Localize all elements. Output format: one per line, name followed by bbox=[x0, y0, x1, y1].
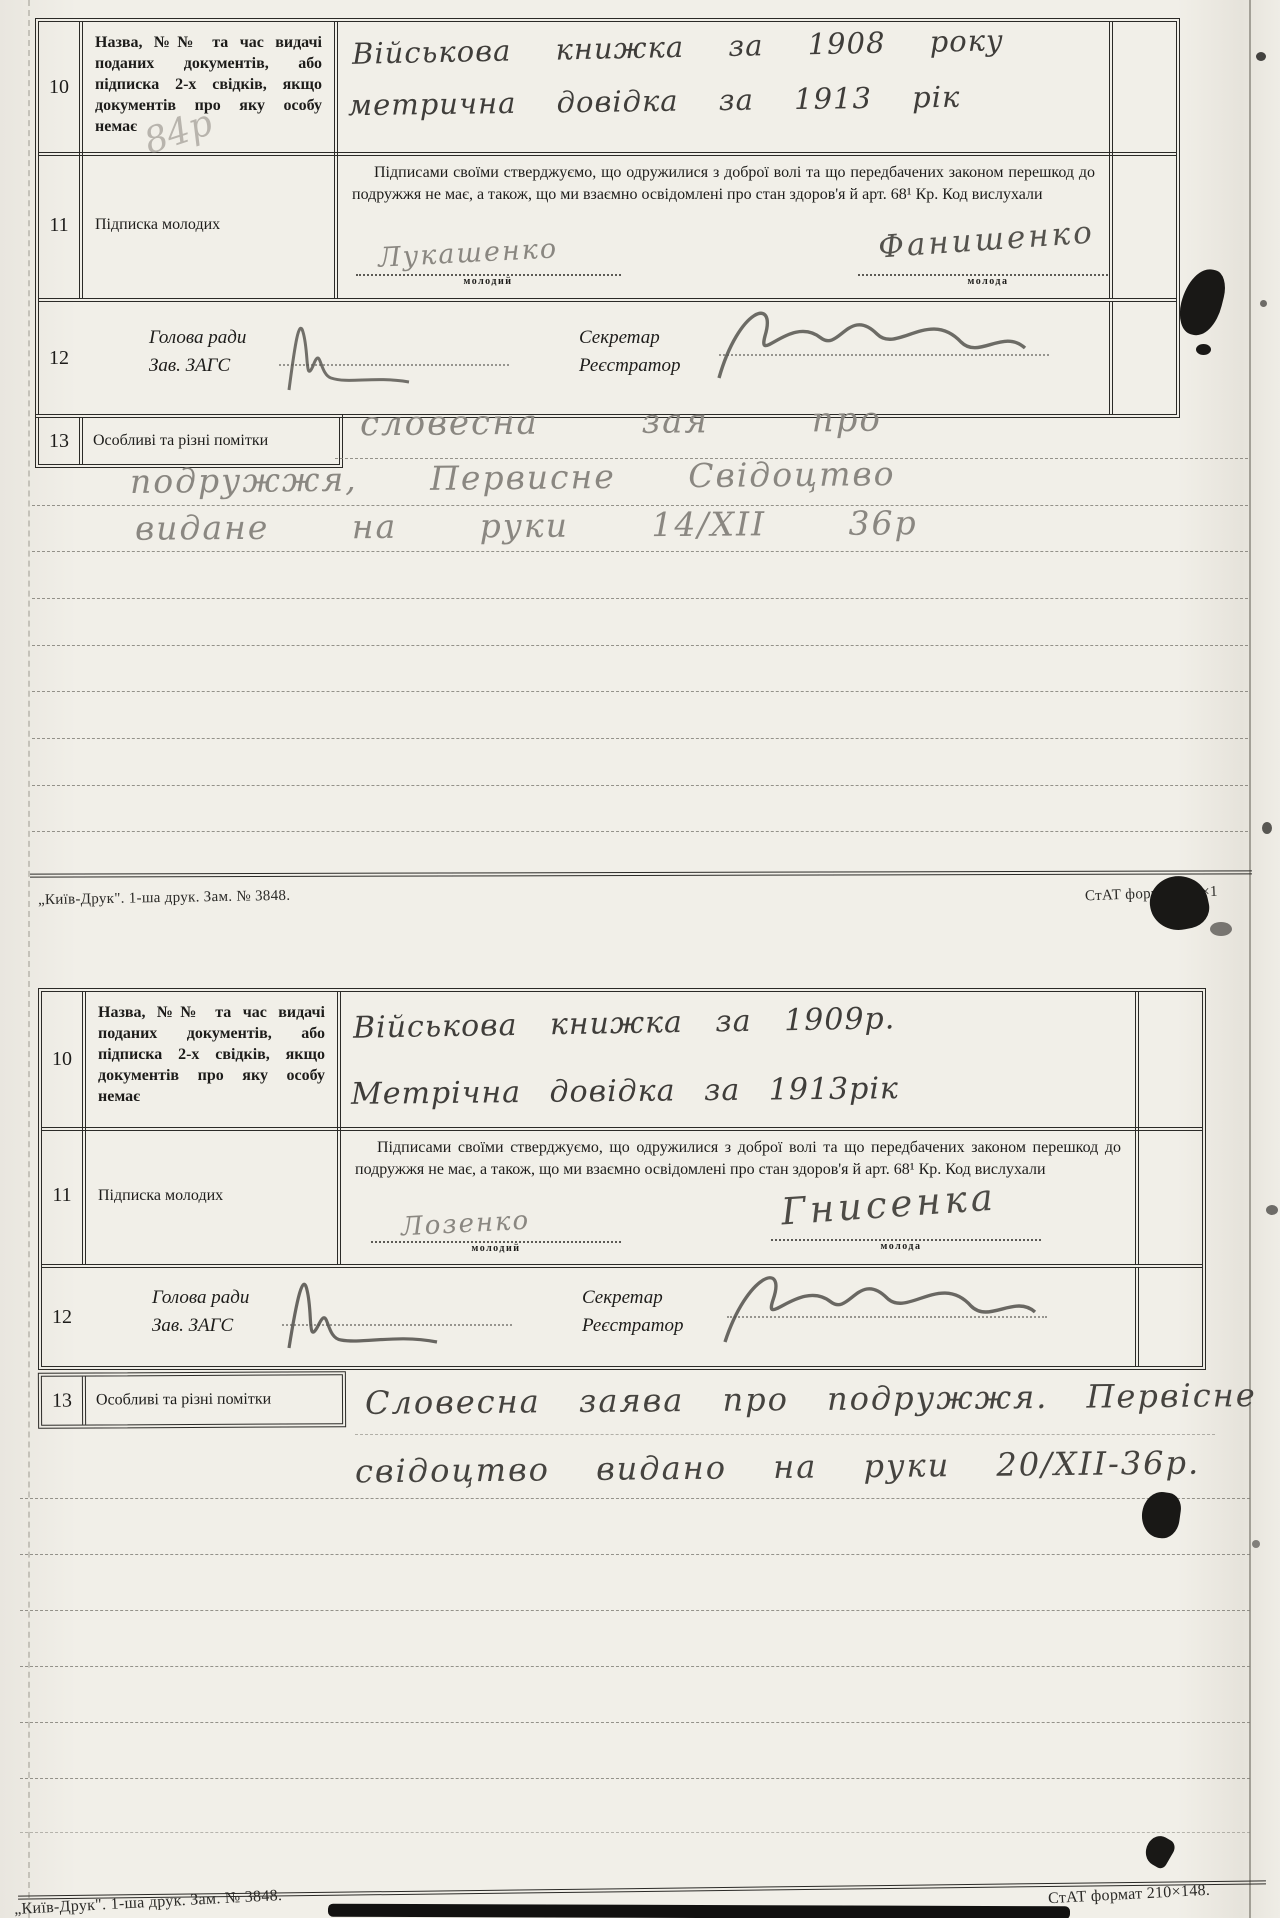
form2-head-role-line1: Голова ради bbox=[152, 1284, 249, 1312]
paper-speck bbox=[1262, 822, 1272, 834]
form1-row11-content-cell: Підписами своїми стверджуємо, що одружил… bbox=[338, 152, 1109, 298]
form2-groom-signature: Лозенко bbox=[400, 1206, 531, 1243]
form2-row11-number: 11 bbox=[42, 1127, 86, 1264]
form2-head-role-line2: Зав. ЗАГС bbox=[152, 1312, 249, 1340]
form1-row10-handwriting-line1: Військова книжка за 1908 року bbox=[352, 23, 1004, 71]
form2-head-signature-scribble bbox=[267, 1264, 547, 1364]
form1-row10-entry-cell: Військова книжка за 1908 року метрична д… bbox=[338, 22, 1109, 152]
ink-blot bbox=[1174, 264, 1229, 340]
form1-row-11: 11 Підписка молодих Підписами своїми ств… bbox=[39, 152, 1176, 302]
ruled-line bbox=[32, 738, 1248, 739]
form1-row13-number: 13 bbox=[39, 418, 83, 464]
form2-bride-signature: Гнисенка bbox=[780, 1176, 998, 1234]
ink-blot bbox=[1196, 344, 1211, 355]
ruled-line bbox=[32, 645, 1248, 646]
form1-head-signature-scribble bbox=[269, 304, 529, 404]
form1-head-role: Голова ради Зав. ЗАГС bbox=[149, 324, 246, 379]
form2-row12-number: 12 bbox=[42, 1268, 82, 1366]
form2-row10-handwriting-line2: Метрічна довідка за 1913рік bbox=[351, 1071, 899, 1112]
form1-footer-imprint: „Київ-Друк". 1-ша друк. Зам. № 3848. bbox=[38, 888, 291, 909]
form2-row13-handwriting-line2: свідоцтво видано на руки 20/XII-36р. bbox=[355, 1444, 1201, 1491]
paper-speck bbox=[1256, 52, 1266, 61]
ink-blot bbox=[1140, 1832, 1178, 1871]
form2-row10-handwriting-line1: Військова книжка за 1909р. bbox=[353, 1001, 896, 1045]
form2-oath-statement: Підписами своїми стверджуємо, що одружил… bbox=[341, 1127, 1135, 1181]
ink-blot bbox=[1145, 871, 1213, 936]
form2-groom-label: молодий bbox=[436, 1243, 556, 1254]
form1-row13-handwriting-line3: видане на руки 14/XII 36р bbox=[135, 503, 918, 547]
paper-speck bbox=[1260, 300, 1267, 307]
form1-row10-handwriting-line2: метрична довідка за 1913 рік bbox=[348, 80, 961, 123]
form2-row10-number: 10 bbox=[42, 992, 86, 1127]
form2-secretary-role-line1: Секретар bbox=[582, 1284, 684, 1312]
form1-bride-label: молода bbox=[928, 276, 1048, 287]
form1-groom-label: молодий bbox=[428, 276, 548, 287]
form1-row10-right-column bbox=[1109, 22, 1176, 152]
ruled-line bbox=[32, 598, 1248, 599]
ruled-line bbox=[20, 1610, 1250, 1611]
form2-row13-handwriting-line1: Словесна заява про подружжя. Первісне bbox=[365, 1376, 1257, 1422]
form1-secretary-signature-scribble bbox=[699, 288, 1039, 408]
form2-footer-imprint: „Київ-Друк". 1-ша друк. Зам. № 3848. bbox=[14, 1887, 283, 1918]
form2-row11-label: Підписка молодих bbox=[86, 1127, 341, 1264]
form2-head-role: Голова ради Зав. ЗАГС bbox=[152, 1284, 249, 1339]
ruled-line bbox=[355, 1434, 1215, 1435]
form1-row11-number: 11 bbox=[39, 152, 83, 298]
form2-row-13-labelbox: 13 Особливі та різні помітки bbox=[38, 1371, 346, 1429]
form2-row10-right-column bbox=[1135, 992, 1202, 1127]
form1-groom-signature: Лукашенко bbox=[377, 233, 559, 273]
form1-row13-label: Особливі та різні помітки bbox=[83, 418, 339, 464]
ruled-line bbox=[32, 691, 1248, 692]
form2-row-10: 10 Назва, №№ та час видачі поданих докум… bbox=[42, 992, 1202, 1131]
ruled-line bbox=[32, 505, 1248, 506]
form1-head-role-line2: Зав. ЗАГС bbox=[149, 352, 246, 380]
paper-speck bbox=[1266, 1205, 1278, 1215]
ruled-line bbox=[32, 785, 1248, 786]
form2-row13-label: Особливі та різні помітки bbox=[86, 1375, 342, 1424]
scan-edge-bar bbox=[328, 1904, 1070, 1918]
ruled-line bbox=[20, 1666, 1250, 1667]
form2-row10-label: Назва, №№ та час видачі поданих документ… bbox=[86, 992, 341, 1127]
form2-table: 10 Назва, №№ та час видачі поданих докум… bbox=[38, 988, 1206, 1370]
paper-speck bbox=[1252, 1540, 1260, 1548]
form1-row13-handwriting-line1: словесна зая про bbox=[360, 400, 882, 445]
form2-row12-content-cell: Голова ради Зав. ЗАГС Секретар Реєстрато… bbox=[82, 1268, 1135, 1366]
form1-row12-right-column bbox=[1109, 302, 1176, 414]
form2-row-11: 11 Підписка молодих Підписами своїми ств… bbox=[42, 1127, 1202, 1268]
form2-row11-content-cell: Підписами своїми стверджуємо, що одружил… bbox=[341, 1127, 1135, 1264]
form1-row12-number: 12 bbox=[39, 302, 79, 414]
scanned-registry-page: 10 Назва, №№ та час видачі поданих докум… bbox=[0, 0, 1280, 1918]
form1-secretary-role: Секретар Реєстратор bbox=[579, 324, 681, 379]
right-page-edge-line bbox=[1249, 0, 1251, 1918]
ruled-line bbox=[32, 551, 1248, 552]
form1-bride-signature: Фанишенко bbox=[877, 214, 1096, 265]
form1-secretary-role-line2: Реєстратор bbox=[579, 352, 681, 380]
ruled-line bbox=[335, 458, 1248, 459]
form1-secretary-role-line1: Секретар bbox=[579, 324, 681, 352]
ruled-line bbox=[32, 831, 1248, 832]
form1-row11-label: Підписка молодих bbox=[83, 152, 338, 298]
form1-oath-statement: Підписами своїми стверджуємо, що одружил… bbox=[338, 152, 1109, 206]
form2-row11-right-column bbox=[1135, 1127, 1202, 1264]
ink-blot bbox=[1210, 922, 1232, 936]
form1-table: 10 Назва, №№ та час видачі поданих докум… bbox=[35, 18, 1180, 418]
ruled-line bbox=[20, 1778, 1250, 1779]
ruled-line bbox=[20, 1554, 1250, 1555]
form2-secretary-signature-scribble bbox=[707, 1250, 1047, 1370]
form1-row10-number: 10 bbox=[39, 22, 83, 152]
form1-head-role-line1: Голова ради bbox=[149, 324, 246, 352]
form2-row13-number: 13 bbox=[42, 1377, 86, 1425]
left-margin-line bbox=[28, 0, 30, 1918]
form1-row13-handwriting-line2: подружжя, Первисне Свідоцтво bbox=[130, 454, 896, 501]
ruled-line bbox=[20, 1832, 1250, 1833]
form2-secretary-role: Секретар Реєстратор bbox=[582, 1284, 684, 1339]
form2-row12-right-column bbox=[1135, 1268, 1202, 1366]
form1-bottom-rule bbox=[30, 870, 1252, 877]
form1-row12-content-cell: Голова ради Зав. ЗАГС Секретар Реєстрато… bbox=[79, 302, 1109, 414]
form2-row-12: 12 Голова ради Зав. ЗАГС Секретар Реєстр… bbox=[42, 1268, 1202, 1366]
form2-secretary-role-line2: Реєстратор bbox=[582, 1312, 684, 1340]
form2-row10-entry-cell: Військова книжка за 1909р. Метрічна дові… bbox=[341, 992, 1135, 1127]
ruled-line bbox=[20, 1498, 1250, 1499]
form1-row11-right-column bbox=[1109, 152, 1176, 298]
ruled-line bbox=[20, 1722, 1250, 1723]
form1-row-12: 12 Голова ради Зав. ЗАГС Секретар Реєстр… bbox=[39, 302, 1176, 414]
